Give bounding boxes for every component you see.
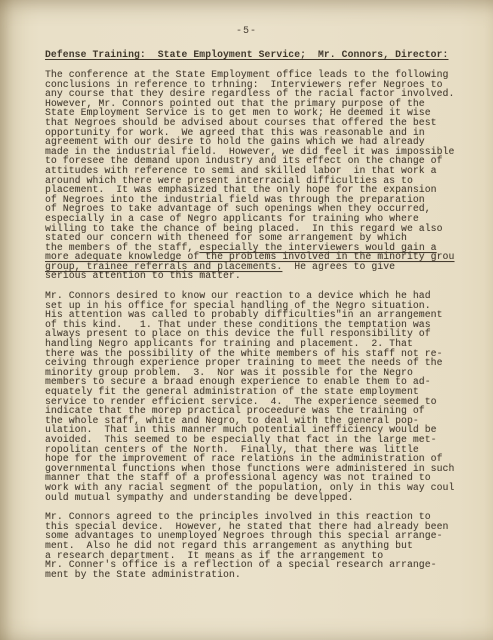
paragraph-3: Mr. Connors agreed to the principles inv… <box>45 512 493 579</box>
document-page: -5- Defense Training: State Employment S… <box>0 0 493 640</box>
document-line: ould mutual sympathy and understanding b… <box>45 493 493 503</box>
document-heading: Defense Training: State Employment Servi… <box>45 49 493 60</box>
paragraph-2: Mr. Connors desired to know our reaction… <box>45 291 493 502</box>
document-line: ment by the State administration. <box>45 570 493 580</box>
document-body: The conference at the State Employment o… <box>45 70 493 579</box>
paragraph-1: The conference at the State Employment o… <box>45 70 493 281</box>
document-line: serious attention to this matter. <box>45 271 493 281</box>
page-number: -5- <box>0 26 493 37</box>
